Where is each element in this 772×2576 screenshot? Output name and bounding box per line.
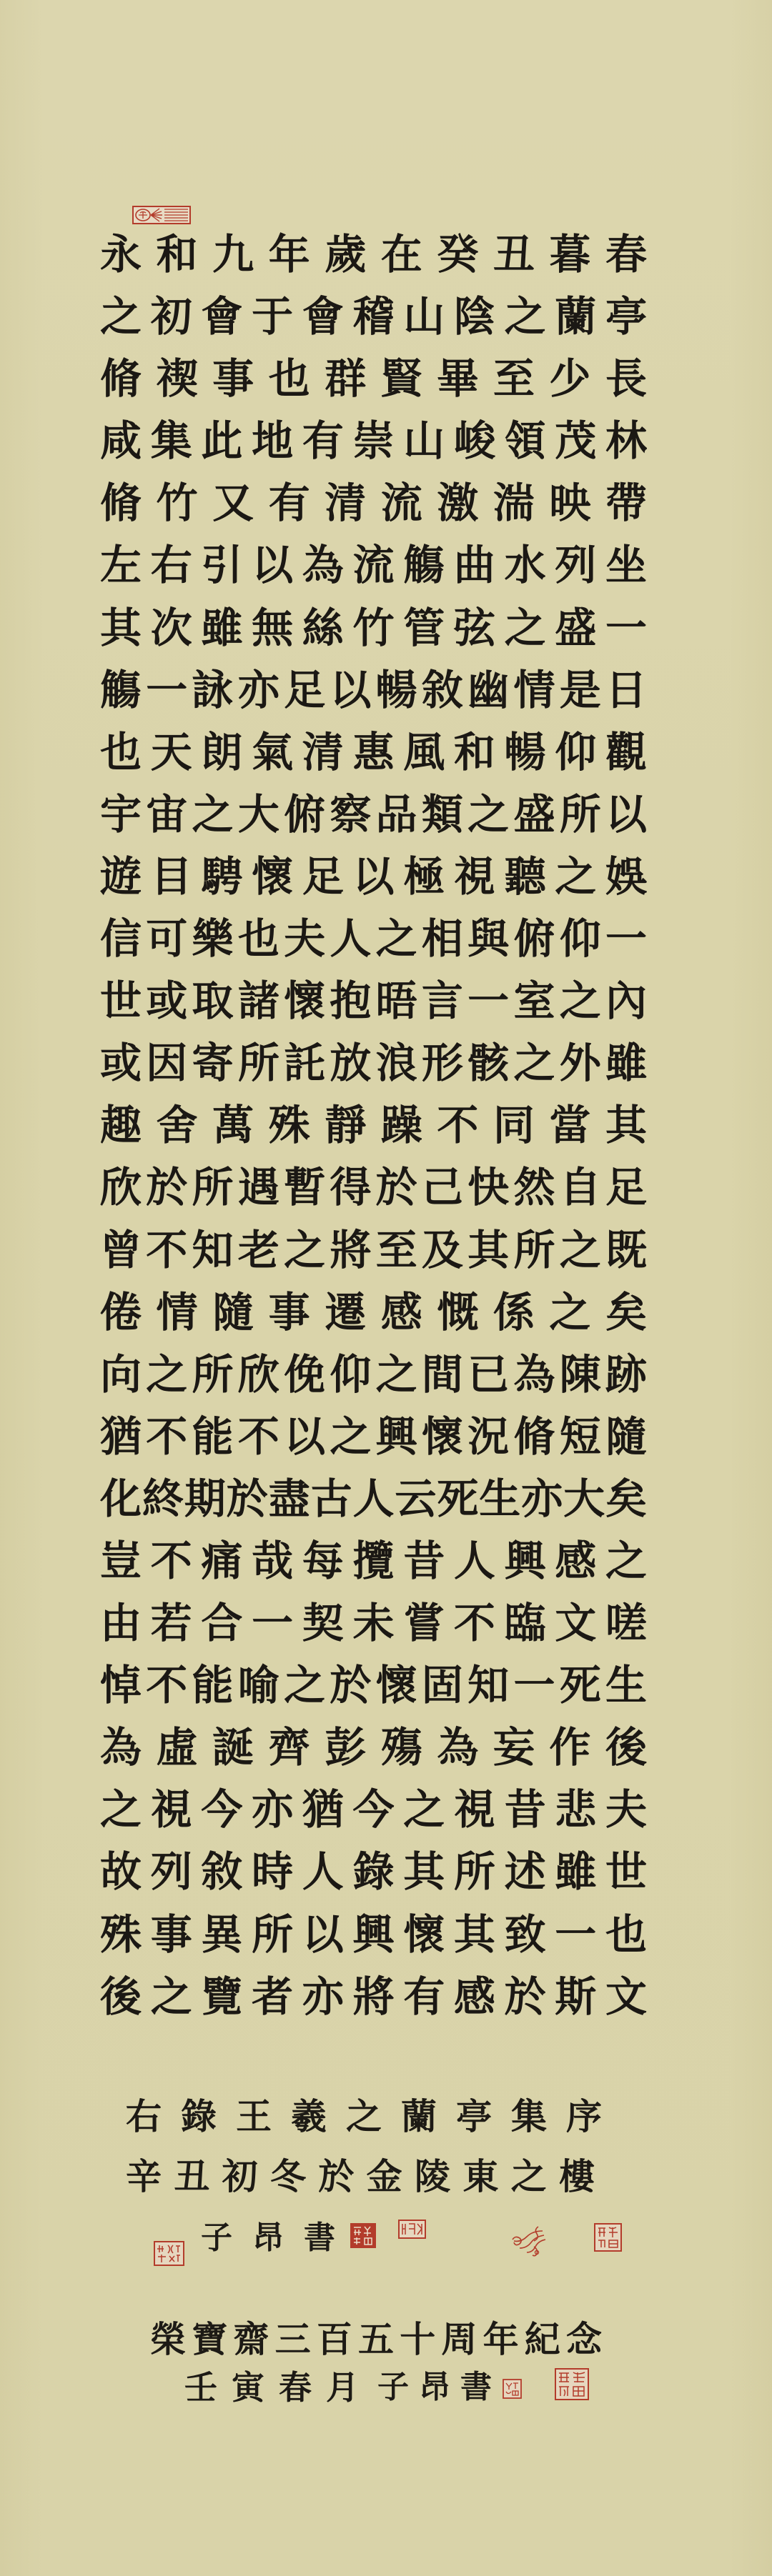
text-row: 遊目騁懷足以極視聽之娛 [100,846,647,908]
inscription-line-1: 榮寶齋三百五十周年紀念 [150,2318,602,2361]
inscription-date: 壬寅春月 [184,2367,359,2407]
text-row: 也天朗氣清惠風和暢仰觀 [100,722,647,784]
text-row: 世或取諸懷抱晤言一室之內 [100,970,647,1032]
colophon-seal-name-icon [350,2223,376,2248]
text-row: 曾不知老之將至及其所之既 [100,1219,647,1282]
text-row: 或因寄所託放浪形骸之外雖 [100,1032,647,1094]
colophon-seal-pictorial-icon [510,2225,548,2257]
text-row: 之視今亦猶今之視昔悲夫 [100,1779,647,1841]
text-row: 由若合一契未嘗不臨文嗟 [100,1592,647,1654]
colophon-seal-left-icon [154,2241,184,2266]
text-row: 信可樂也夫人之相與俯仰一 [100,908,647,970]
text-row: 悼不能喻之於懷固知一死生 [100,1654,647,1717]
text-row: 宇宙之大俯察品類之盛所以 [100,784,647,846]
text-row: 後之覽者亦將有感於斯文 [100,1966,647,2028]
text-row: 猶不能不以之興懷況脩短隨 [100,1406,647,1468]
text-row: 倦情隨事遷感慨係之矣 [100,1282,647,1344]
text-row: 脩竹又有清流激湍映帶 [100,472,647,534]
main-text-block: 永和九年歲在癸丑暮春 之初會于會稽山陰之蘭亭 脩禊事也群賢畢至少長 咸集此地有崇… [100,224,647,2028]
colophon-line-2: 辛丑初冬於金陵東之樓 [126,2155,595,2198]
inscription-seal-small-icon [503,2379,522,2399]
text-row: 脩禊事也群賢畢至少長 [100,348,647,410]
text-row: 觴一詠亦足以暢敘幽情是日 [100,659,647,722]
calligraphy-scroll: 永和九年歲在癸丑暮春 之初會于會稽山陰之蘭亭 脩禊事也群賢畢至少長 咸集此地有崇… [0,0,772,2576]
colophon-seal-right-icon [594,2223,622,2252]
text-row: 為虛誕齊彭殤為妄作後 [100,1717,647,1779]
text-row: 故列敘時人錄其所述雖世 [100,1841,647,1903]
text-row: 其次雖無絲竹管弦之盛一 [100,597,647,659]
text-row: 欣於所遇暫得於己快然自足 [100,1157,647,1219]
leading-seal-icon [132,206,191,224]
text-row: 咸集此地有崇山峻領茂林 [100,410,647,472]
text-row: 之初會于會稽山陰之蘭亭 [100,286,647,348]
colophon-signature: 子昂書 [201,2218,335,2258]
colophon-seal-small-icon [398,2220,426,2239]
text-row: 化終期於盡古人云死生亦大矣 [100,1468,647,1530]
text-row: 左右引以為流觴曲水列坐 [100,534,647,596]
text-row: 豈不痛哉每攬昔人興感之 [100,1530,647,1592]
inscription-signature: 子昂書 [377,2367,492,2407]
inscription-seal-large-icon [555,2368,589,2400]
text-row: 殊事異所以興懷其致一也 [100,1904,647,1966]
colophon-line-1: 右錄王羲之蘭亭集序 [126,2095,602,2138]
text-row: 向之所欣俛仰之間已為陳跡 [100,1344,647,1406]
text-row: 趣舍萬殊靜躁不同當其 [100,1094,647,1157]
text-row: 永和九年歲在癸丑暮春 [100,224,647,286]
